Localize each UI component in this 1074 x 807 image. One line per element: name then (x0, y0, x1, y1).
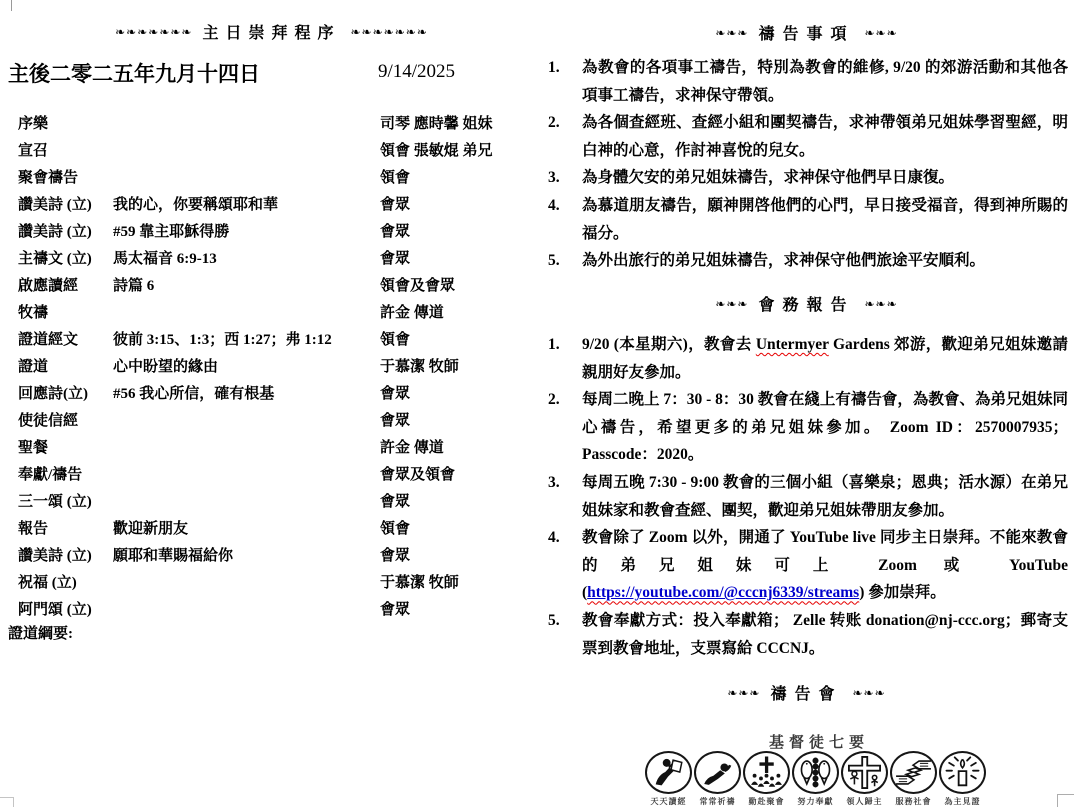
program-item-leader: 領會 (380, 517, 410, 538)
page-corner-mark-left (0, 797, 14, 807)
program-item-content: #56 我心所信，確有根基 (113, 382, 274, 403)
essential-item: 常常祈禱 (694, 751, 741, 807)
church-affairs-title: 會務報告 (758, 297, 854, 314)
ornament-swirls: ❧❧❧ (853, 686, 886, 700)
program-item-name: 報告 (18, 517, 48, 538)
program-item-name: 聖餐 (18, 436, 48, 457)
announcement-list: 1.9/20 (本星期六)，教會去 Untermyer Gardens 郊游，歡… (545, 331, 1068, 662)
essential-label: 服務社會 (896, 796, 932, 807)
prayer-item: 5.為外出旅行的弟兄姐妹禱告，求神保守他們旅途平安順利。 (545, 247, 1068, 275)
program-item-name: 牧禱 (18, 301, 48, 322)
essential-item: 服務社會 (890, 751, 937, 807)
program-row: 序樂司琴 應時馨 姐妹 (8, 112, 535, 139)
essential-label: 勤赴聚會 (749, 796, 785, 807)
program-row: 報告歡迎新朋友領會 (8, 517, 535, 544)
program-row: 使徒信經會眾 (8, 409, 535, 436)
essential-item: 領人歸主 (841, 751, 888, 807)
list-number: 4. (545, 192, 582, 247)
program-row: 證道經文彼前 3:15、1:3；西 1:27；弗 1:12領會 (8, 328, 535, 355)
list-text: 教會除了 Zoom 以外，開通了 YouTube live 同步主日崇拜。不能來… (582, 524, 1068, 607)
date-chinese: 主後二零二五年九月十四日 (8, 58, 260, 88)
program-row: 回應詩(立)#56 我心所信，確有根基會眾 (8, 382, 535, 409)
program-item-leader: 會眾 (380, 220, 410, 241)
list-text: 為身體欠安的弟兄姐妹禱告，求神保守他們早日康復。 (582, 164, 1068, 192)
announcement-item: 2.每周二晚上 7：30 - 8：30 教會在綫上有禱告會，為教會、為弟兄姐妹同… (545, 386, 1068, 469)
program-item-leader: 領會 (380, 166, 410, 187)
church-affairs-heading: ❧❧❧ 會務報告 ❧❧❧ (545, 292, 1068, 315)
program-table: 序樂司琴 應時馨 姐妹宣召領會 張敏焜 弟兄聚會禱告領會讚美詩 (立)我的心，你… (8, 112, 535, 625)
read-bible-icon (645, 751, 692, 794)
program-item-content: #59 靠主耶穌得勝 (113, 220, 229, 241)
announcement-item: 5.教會奉獻方式：投入奉獻箱； Zelle 转账 donation@nj-ccc… (545, 607, 1068, 662)
program-item-name: 讚美詩 (立) (18, 544, 92, 565)
text-run: ) 參加崇拜。 (859, 584, 946, 601)
announcement-item: 1.9/20 (本星期六)，教會去 Untermyer Gardens 郊游，歡… (545, 331, 1068, 386)
text-run: 為外出旅行的弟兄姐妹禱告，求神保守他們旅途平安順利。 (582, 252, 985, 269)
prayer-item: 1.為教會的各項事工禱告，特別為教會的維修, 9/20 的郊游活動和其他各項事工… (545, 54, 1068, 109)
program-item-leader: 會眾及領會 (380, 463, 455, 484)
program-item-name: 證道 (18, 355, 48, 376)
program-row: 讚美詩 (立)#59 靠主耶穌得勝會眾 (8, 220, 535, 247)
program-item-content: 我的心，你要稱頌耶和華 (113, 193, 278, 214)
list-number: 3. (545, 469, 582, 524)
program-item-name: 啟應讀經 (18, 274, 78, 295)
text-cursor-artifact (11, 0, 12, 11)
ornament-swirls: ❧❧❧ (727, 686, 760, 700)
worship-program-title: 主日崇拜程序 (202, 25, 340, 42)
text-run: 每周二晚上 7：30 - 8：30 教會在綫上有禱告會，為教會、為弟兄姐妹同心禱… (582, 391, 1068, 463)
offering-icon (792, 751, 839, 794)
program-row: 宣召領會 張敏焜 弟兄 (8, 139, 535, 166)
essential-item: 努力奉獻 (792, 751, 839, 807)
prayer-items-title: 禱告事項 (758, 26, 854, 43)
list-number: 5. (545, 247, 582, 275)
program-row: 讚美詩 (立)願耶和華賜福給你會眾 (8, 544, 535, 571)
youtube-streams-link[interactable]: https://youtube.com/@cccnj6339/streams (587, 584, 859, 601)
program-item-leader: 會眾 (380, 598, 410, 619)
program-item-name: 聚會禱告 (18, 166, 78, 187)
program-row: 牧禱許金 傳道 (8, 301, 535, 328)
program-item-name: 回應詩(立) (18, 382, 88, 403)
program-row: 奉獻/禱告會眾及領會 (8, 463, 535, 490)
worship-program-column: ❧❧❧❧❧❧❧ 主日崇拜程序 ❧❧❧❧❧❧❧ 主後二零二五年九月十四日 9/14… (8, 0, 535, 807)
program-row: 三一頌 (立)會眾 (8, 490, 535, 517)
program-item-leader: 領會 張敏焜 弟兄 (380, 139, 493, 160)
essential-item: 天天讀經 (645, 751, 692, 807)
list-text: 為各個查經班、查經小組和團契禱告，求神帶領弟兄姐妹學習聖經，明白神的心意，作討神… (582, 109, 1068, 164)
essential-item: 為主見證 (939, 751, 986, 807)
announcement-item: 3.每周五晚 7:30 - 9:00 教會的三個小組（喜樂泉；恩典；活水源）在弟… (545, 469, 1068, 524)
program-item-leader: 會眾 (380, 544, 410, 565)
program-item-leader: 許金 傳道 (380, 301, 444, 322)
program-item-leader: 許金 傳道 (380, 436, 444, 457)
prayer-item: 2.為各個查經班、查經小組和團契禱告，求神帶領弟兄姐妹學習聖經，明白神的心意，作… (545, 109, 1068, 164)
essential-label: 天天讀經 (651, 796, 687, 807)
pray-icon (694, 751, 741, 794)
program-row: 聖餐許金 傳道 (8, 436, 535, 463)
text-run: 為各個查經班、查經小組和團契禱告，求神帶領弟兄姐妹學習聖經，明白神的心意，作討神… (582, 114, 1068, 159)
date-numeric: 9/14/2025 (378, 61, 455, 83)
ornament-swirls: ❧❧❧❧❧❧❧ (351, 25, 428, 39)
serve-society-icon (890, 751, 937, 794)
program-item-name: 序樂 (18, 112, 48, 133)
ornament-swirls: ❧❧❧ (715, 26, 748, 40)
essential-label: 常常祈禱 (700, 796, 736, 807)
list-text: 為慕道朋友禱告，願神開啓他們的心門，早日接受福音，得到神所賜的福分。 (582, 192, 1068, 247)
list-number: 2. (545, 386, 582, 469)
worship-program-heading: ❧❧❧❧❧❧❧ 主日崇拜程序 ❧❧❧❧❧❧❧ (8, 20, 535, 43)
program-item-content: 願耶和華賜福給你 (113, 544, 233, 565)
ornament-swirls: ❧❧❧❧❧❧❧ (115, 25, 192, 39)
program-row: 聚會禱告領會 (8, 166, 535, 193)
link-text: https://youtube.com/@cccnj6339/streams (587, 584, 859, 601)
program-item-name: 宣召 (18, 139, 48, 160)
program-item-name: 三一頌 (立) (18, 490, 92, 511)
lead-people-to-lord-icon (841, 751, 888, 794)
list-text: 教會奉獻方式：投入奉獻箱； Zelle 转账 donation@nj-ccc.o… (582, 607, 1068, 662)
program-item-leader: 領會 (380, 328, 410, 349)
program-item-name: 奉獻/禱告 (18, 463, 82, 484)
prayer-list: 1.為教會的各項事工禱告，特別為教會的維修, 9/20 的郊游活動和其他各項事工… (545, 54, 1068, 275)
program-item-content: 彼前 3:15、1:3；西 1:27；弗 1:12 (113, 328, 332, 349)
witness-icon (939, 751, 986, 794)
program-row: 阿門頌 (立)會眾 (8, 598, 535, 625)
essential-label: 領人歸主 (847, 796, 883, 807)
sermon-outline-label: 證道綱要: (8, 622, 73, 643)
announcements-column: ❧❧❧ 禱告事項 ❧❧❧ 1.為教會的各項事工禱告，特別為教會的維修, 9/20… (545, 0, 1068, 807)
prayer-meeting-heading: ❧❧❧ 禱告會 ❧❧❧ (545, 681, 1068, 704)
spellcheck-flagged-word: Untermyer (756, 336, 829, 353)
program-item-leader: 會眾 (380, 247, 410, 268)
announcement-item: 4.教會除了 Zoom 以外，開通了 YouTube live 同步主日崇拜。不… (545, 524, 1068, 607)
prayer-item: 4.為慕道朋友禱告，願神開啓他們的心門，早日接受福音，得到神所賜的福分。 (545, 192, 1068, 247)
attend-meeting-icon (743, 751, 790, 794)
program-item-name: 證道經文 (18, 328, 78, 349)
program-item-leader: 司琴 應時馨 姐妹 (380, 112, 493, 133)
program-row: 啟應讀經詩篇 6領會及會眾 (8, 274, 535, 301)
program-item-name: 祝福 (立) (18, 571, 77, 592)
text-run: 為身體欠安的弟兄姐妹禱告，求神保守他們早日康復。 (582, 169, 954, 186)
list-text: 為外出旅行的弟兄姐妹禱告，求神保守他們旅途平安順利。 (582, 247, 1068, 275)
bulletin-page: { "left": { "ornament_left": "❧❧❧❧❧❧❧", … (0, 0, 1074, 807)
seven-essentials-icons: 天天讀經常常祈禱勤赴聚會努力奉獻領人歸主服務社會為主見證 (645, 751, 986, 807)
program-item-name: 阿門頌 (立) (18, 598, 92, 619)
text-run: 為慕道朋友禱告，願神開啓他們的心門，早日接受福音，得到神所賜的福分。 (582, 197, 1068, 242)
program-item-leader: 于慕潔 牧師 (380, 355, 459, 376)
list-text: 每周二晚上 7：30 - 8：30 教會在綫上有禱告會，為教會、為弟兄姐妹同心禱… (582, 386, 1068, 469)
text-run: 為教會的各項事工禱告，特別為教會的維修, 9/20 的郊游活動和其他各項事工禱告… (582, 59, 1068, 104)
program-item-leader: 于慕潔 牧師 (380, 571, 459, 592)
program-item-name: 主禱文 (立) (18, 247, 92, 268)
list-number: 1. (545, 331, 582, 386)
program-item-name: 讚美詩 (立) (18, 220, 92, 241)
list-number: 4. (545, 524, 582, 607)
list-text: 每周五晚 7:30 - 9:00 教會的三個小組（喜樂泉；恩典；活水源）在弟兄姐… (582, 469, 1068, 524)
prayer-items-heading: ❧❧❧ 禱告事項 ❧❧❧ (545, 21, 1068, 44)
prayer-meeting-title: 禱告會 (770, 686, 842, 703)
program-item-content: 心中盼望的緣由 (113, 355, 218, 376)
text-run: 9/20 (本星期六)，教會去 (582, 336, 756, 353)
text-run: 每周五晚 7:30 - 9:00 教會的三個小組（喜樂泉；恩典；活水源）在弟兄姐… (582, 474, 1068, 519)
list-text: 9/20 (本星期六)，教會去 Untermyer Gardens 郊游，歡迎弟… (582, 331, 1068, 386)
list-text: 為教會的各項事工禱告，特別為教會的維修, 9/20 的郊游活動和其他各項事工禱告… (582, 54, 1068, 109)
program-item-content: 馬太福音 6:9-13 (113, 247, 217, 268)
program-item-leader: 會眾 (380, 490, 410, 511)
essential-item: 勤赴聚會 (743, 751, 790, 807)
program-item-content: 詩篇 6 (113, 274, 154, 295)
list-number: 5. (545, 607, 582, 662)
program-item-leader: 會眾 (380, 409, 410, 430)
program-row: 讚美詩 (立)我的心，你要稱頌耶和華會眾 (8, 193, 535, 220)
essential-label: 努力奉獻 (798, 796, 834, 807)
seven-essentials-title: 基督徒七要 (645, 731, 993, 752)
program-item-leader: 會眾 (380, 193, 410, 214)
list-number: 3. (545, 164, 582, 192)
page-corner-mark-right (1057, 794, 1074, 807)
ornament-swirls: ❧❧❧ (865, 297, 898, 311)
program-item-leader: 領會及會眾 (380, 274, 455, 295)
essential-label: 為主見證 (945, 796, 981, 807)
ornament-swirls: ❧❧❧ (865, 26, 898, 40)
program-item-name: 使徒信經 (18, 409, 78, 430)
prayer-item: 3.為身體欠安的弟兄姐妹禱告，求神保守他們早日康復。 (545, 164, 1068, 192)
ornament-swirls: ❧❧❧ (715, 297, 748, 311)
list-number: 2. (545, 109, 582, 164)
program-row: 主禱文 (立)馬太福音 6:9-13會眾 (8, 247, 535, 274)
program-row: 證道心中盼望的緣由于慕潔 牧師 (8, 355, 535, 382)
list-number: 1. (545, 54, 582, 109)
text-run: 教會奉獻方式：投入奉獻箱； Zelle 转账 donation@nj-ccc.o… (582, 612, 1068, 657)
program-item-leader: 會眾 (380, 382, 410, 403)
program-item-name: 讚美詩 (立) (18, 193, 92, 214)
program-item-content: 歡迎新朋友 (113, 517, 188, 538)
program-row: 祝福 (立)于慕潔 牧師 (8, 571, 535, 598)
